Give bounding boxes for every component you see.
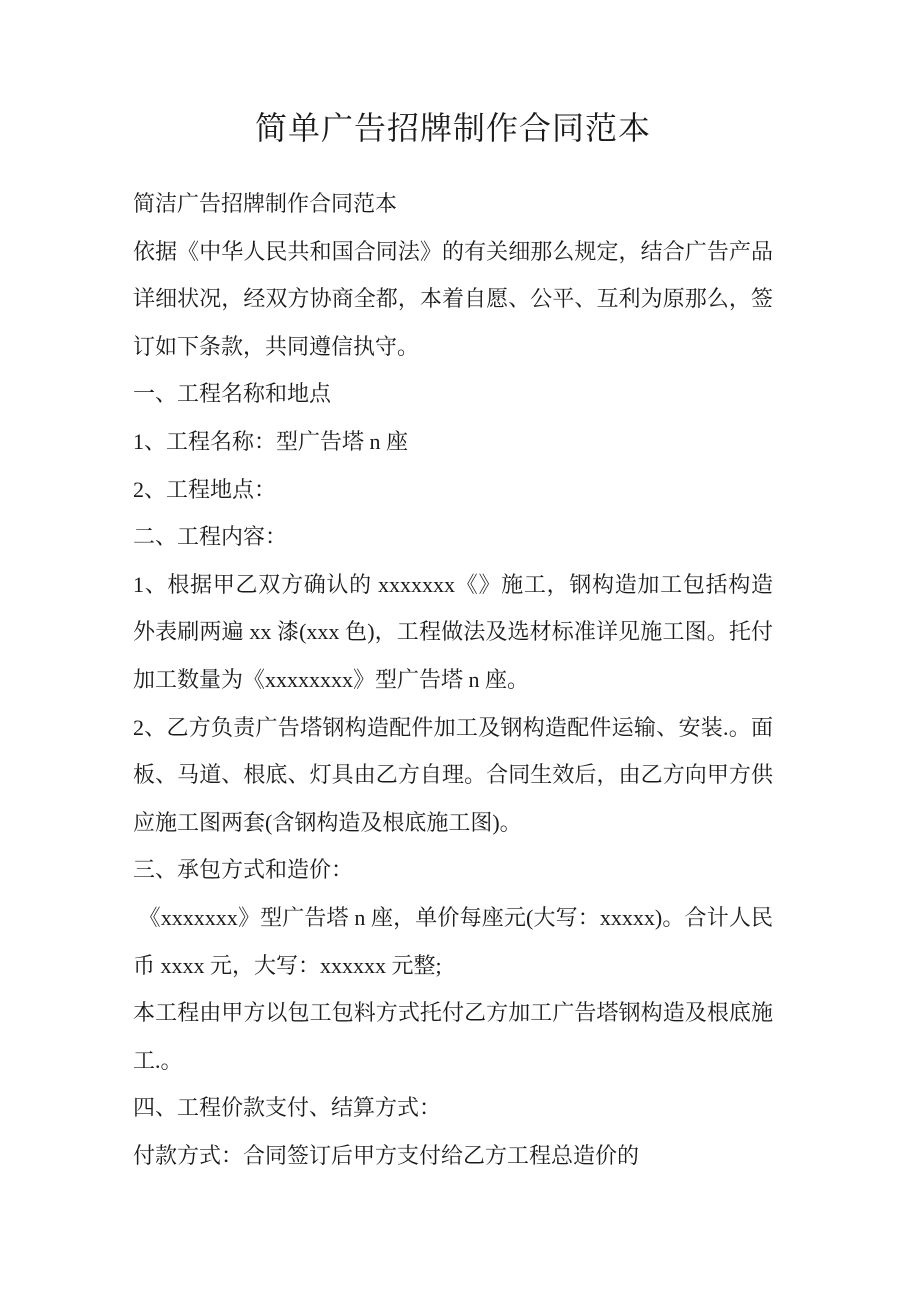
clause-4-1-payment: 付款方式：合同签订后甲方支付给乙方工程总造价的 bbox=[133, 1132, 773, 1180]
heading-section-1: 一、工程名称和地点 bbox=[133, 370, 773, 418]
clause-3-1-price: 《xxxxxxx》型广告塔 n 座，单价每座元(大写：xxxxx)。合计人民币 … bbox=[133, 894, 773, 989]
clause-2-2-responsibility: 2、乙方负责广告塔钢构造配件加工及钢构造配件运输、安装.。面板、马道、根底、灯具… bbox=[133, 704, 773, 847]
paragraph-subtitle: 简洁广告招牌制作合同范本 bbox=[133, 180, 773, 228]
heading-section-4: 四、工程价款支付、结算方式： bbox=[133, 1084, 773, 1132]
clause-1-2-project-site: 2、工程地点： bbox=[133, 466, 773, 514]
paragraph-preamble: 依据《中华人民共和国合同法》的有关细那么规定，结合广告产品详细状况，经双方协商全… bbox=[133, 228, 773, 371]
clause-1-1-project-name: 1、工程名称：型广告塔 n 座 bbox=[133, 418, 773, 466]
document-title: 简单广告招牌制作合同范本 bbox=[133, 0, 773, 154]
clause-2-1-scope: 1、根据甲乙双方确认的 xxxxxxx《》施工，钢构造加工包括构造外表刷两遍 x… bbox=[133, 561, 773, 704]
heading-section-2: 二、工程内容： bbox=[133, 513, 773, 561]
heading-section-3: 三、承包方式和造价： bbox=[133, 846, 773, 894]
document-page: 简单广告招牌制作合同范本 简洁广告招牌制作合同范本 依据《中华人民共和国合同法》… bbox=[0, 0, 920, 1302]
document-body: 简洁广告招牌制作合同范本 依据《中华人民共和国合同法》的有关细那么规定，结合广告… bbox=[133, 180, 773, 1179]
clause-3-2-contract-mode: 本工程由甲方以包工包料方式托付乙方加工广告塔钢构造及根底施工.。 bbox=[133, 989, 773, 1084]
